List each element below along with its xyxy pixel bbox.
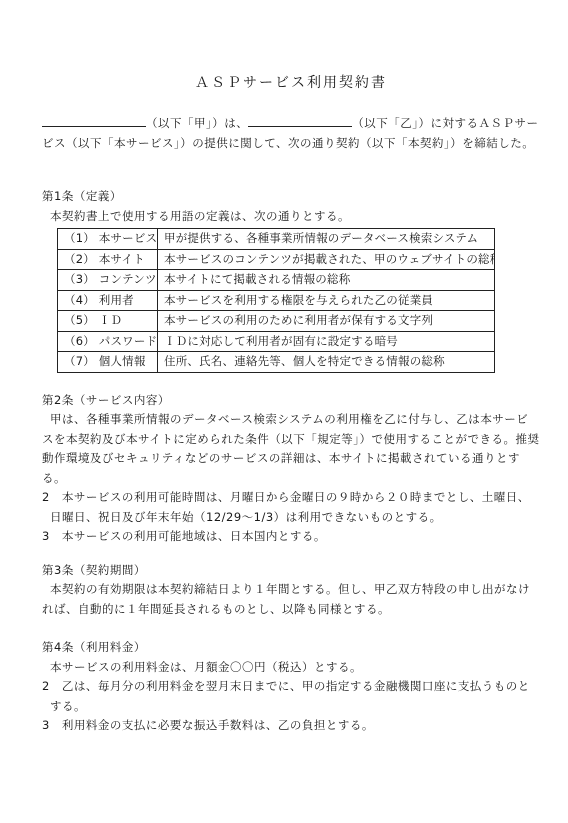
term-cell: （3） コンテンツ xyxy=(58,270,158,291)
definition-table: （1） 本サービス 甲が提供する、各種事業所情報のデータベース検索システム （2… xyxy=(57,228,495,373)
term-cell: （2） 本サイト xyxy=(58,249,158,270)
table-row: （6） パスワード ＩＤに対応して利用者が固有に設定する暗号 xyxy=(58,331,495,352)
article-3-clause-1: 本契約の有効期限は本契約締結日より１年間とする。但し、甲乙双方特段の申し出がなけ… xyxy=(42,580,540,619)
definition-cell: 本サービスの利用のために利用者が保有する文字列 xyxy=(158,311,495,332)
article-4-clause-3: 3 利用料金の支払に必要な振込手数料は、乙の負担とする。 xyxy=(42,716,540,736)
table-row: （5） ＩＤ 本サービスの利用のために利用者が保有する文字列 xyxy=(58,311,495,332)
intro-text-after-party-a: （以下「甲」）は、 xyxy=(146,116,248,130)
document-title: ＡＳＰサービス利用契約書 xyxy=(42,74,540,92)
definition-cell: 甲が提供する、各種事業所情報のデータベース検索システム xyxy=(158,229,495,250)
article-1-definitions: 第1条（定義） 本契約書上で使用する用語の定義は、次の通りとする。 （1） 本サ… xyxy=(42,187,540,373)
article-2-clause-3: 3 本サービスの利用可能地域は、日本国内とする。 xyxy=(42,527,540,547)
article-4-heading: 第4条（利用料金） xyxy=(42,638,540,658)
definition-cell: 本サービスを利用する権限を与えられた乙の従業員 xyxy=(158,290,495,311)
definition-cell: ＩＤに対応して利用者が固有に設定する暗号 xyxy=(158,331,495,352)
table-row: （1） 本サービス 甲が提供する、各種事業所情報のデータベース検索システム xyxy=(58,229,495,250)
contract-document-page: ＡＳＰサービス利用契約書 （以下「甲」）は、（以下「乙」）に対するＡＳＰサービス… xyxy=(0,0,568,823)
article-2-clause-2: 2 本サービスの利用可能時間は、月曜日から金曜日の９時から２０時までとし、土曜日… xyxy=(42,488,540,527)
article-4-usage-fee: 第4条（利用料金） 本サービスの利用料金は、月額金〇〇円（税込）とする。 2 乙… xyxy=(42,638,540,736)
article-3-contract-term: 第3条（契約期間） 本契約の有効期限は本契約締結日より１年間とする。但し、甲乙双… xyxy=(42,561,540,620)
article-4-clause-2: 2 乙は、毎月分の利用料金を翌月末日までに、甲の指定する金融機関口座に支払うもの… xyxy=(42,677,540,716)
term-cell: （4） 利用者 xyxy=(58,290,158,311)
article-2-clause-1: 甲は、各種事業所情報のデータベース検索システムの利用権を乙に付与し、乙は本サービ… xyxy=(42,410,540,488)
table-row: （3） コンテンツ 本サイトにて掲載される情報の総称 xyxy=(58,270,495,291)
definition-cell: 住所、氏名、連絡先等、個人を特定できる情報の総称 xyxy=(158,352,495,373)
article-2-service-content: 第2条（サービス内容） 甲は、各種事業所情報のデータベース検索システムの利用権を… xyxy=(42,391,540,547)
article-2-heading: 第2条（サービス内容） xyxy=(42,391,540,411)
article-4-clause-1: 本サービスの利用料金は、月額金〇〇円（税込）とする。 xyxy=(42,658,540,678)
table-row: （7） 個人情報 住所、氏名、連絡先等、個人を特定できる情報の総称 xyxy=(58,352,495,373)
term-cell: （1） 本サービス xyxy=(58,229,158,250)
party-b-blank-line xyxy=(248,115,352,127)
definition-cell: 本サイトにて掲載される情報の総称 xyxy=(158,270,495,291)
term-cell: （7） 個人情報 xyxy=(58,352,158,373)
article-3-heading: 第3条（契約期間） xyxy=(42,561,540,581)
party-a-blank-line xyxy=(42,115,146,127)
intro-paragraph: （以下「甲」）は、（以下「乙」）に対するＡＳＰサービス（以下「本サービス」）の提… xyxy=(42,114,540,153)
article-1-heading: 第1条（定義） xyxy=(42,187,540,207)
table-row: （4） 利用者 本サービスを利用する権限を与えられた乙の従業員 xyxy=(58,290,495,311)
term-cell: （6） パスワード xyxy=(58,331,158,352)
article-1-lead-sentence: 本契約書上で使用する用語の定義は、次の通りとする。 xyxy=(42,207,540,227)
table-row: （2） 本サイト 本サービスのコンテンツが掲載された、甲のウェブサイトの総称 xyxy=(58,249,495,270)
definition-cell: 本サービスのコンテンツが掲載された、甲のウェブサイトの総称 xyxy=(158,249,495,270)
term-cell: （5） ＩＤ xyxy=(58,311,158,332)
